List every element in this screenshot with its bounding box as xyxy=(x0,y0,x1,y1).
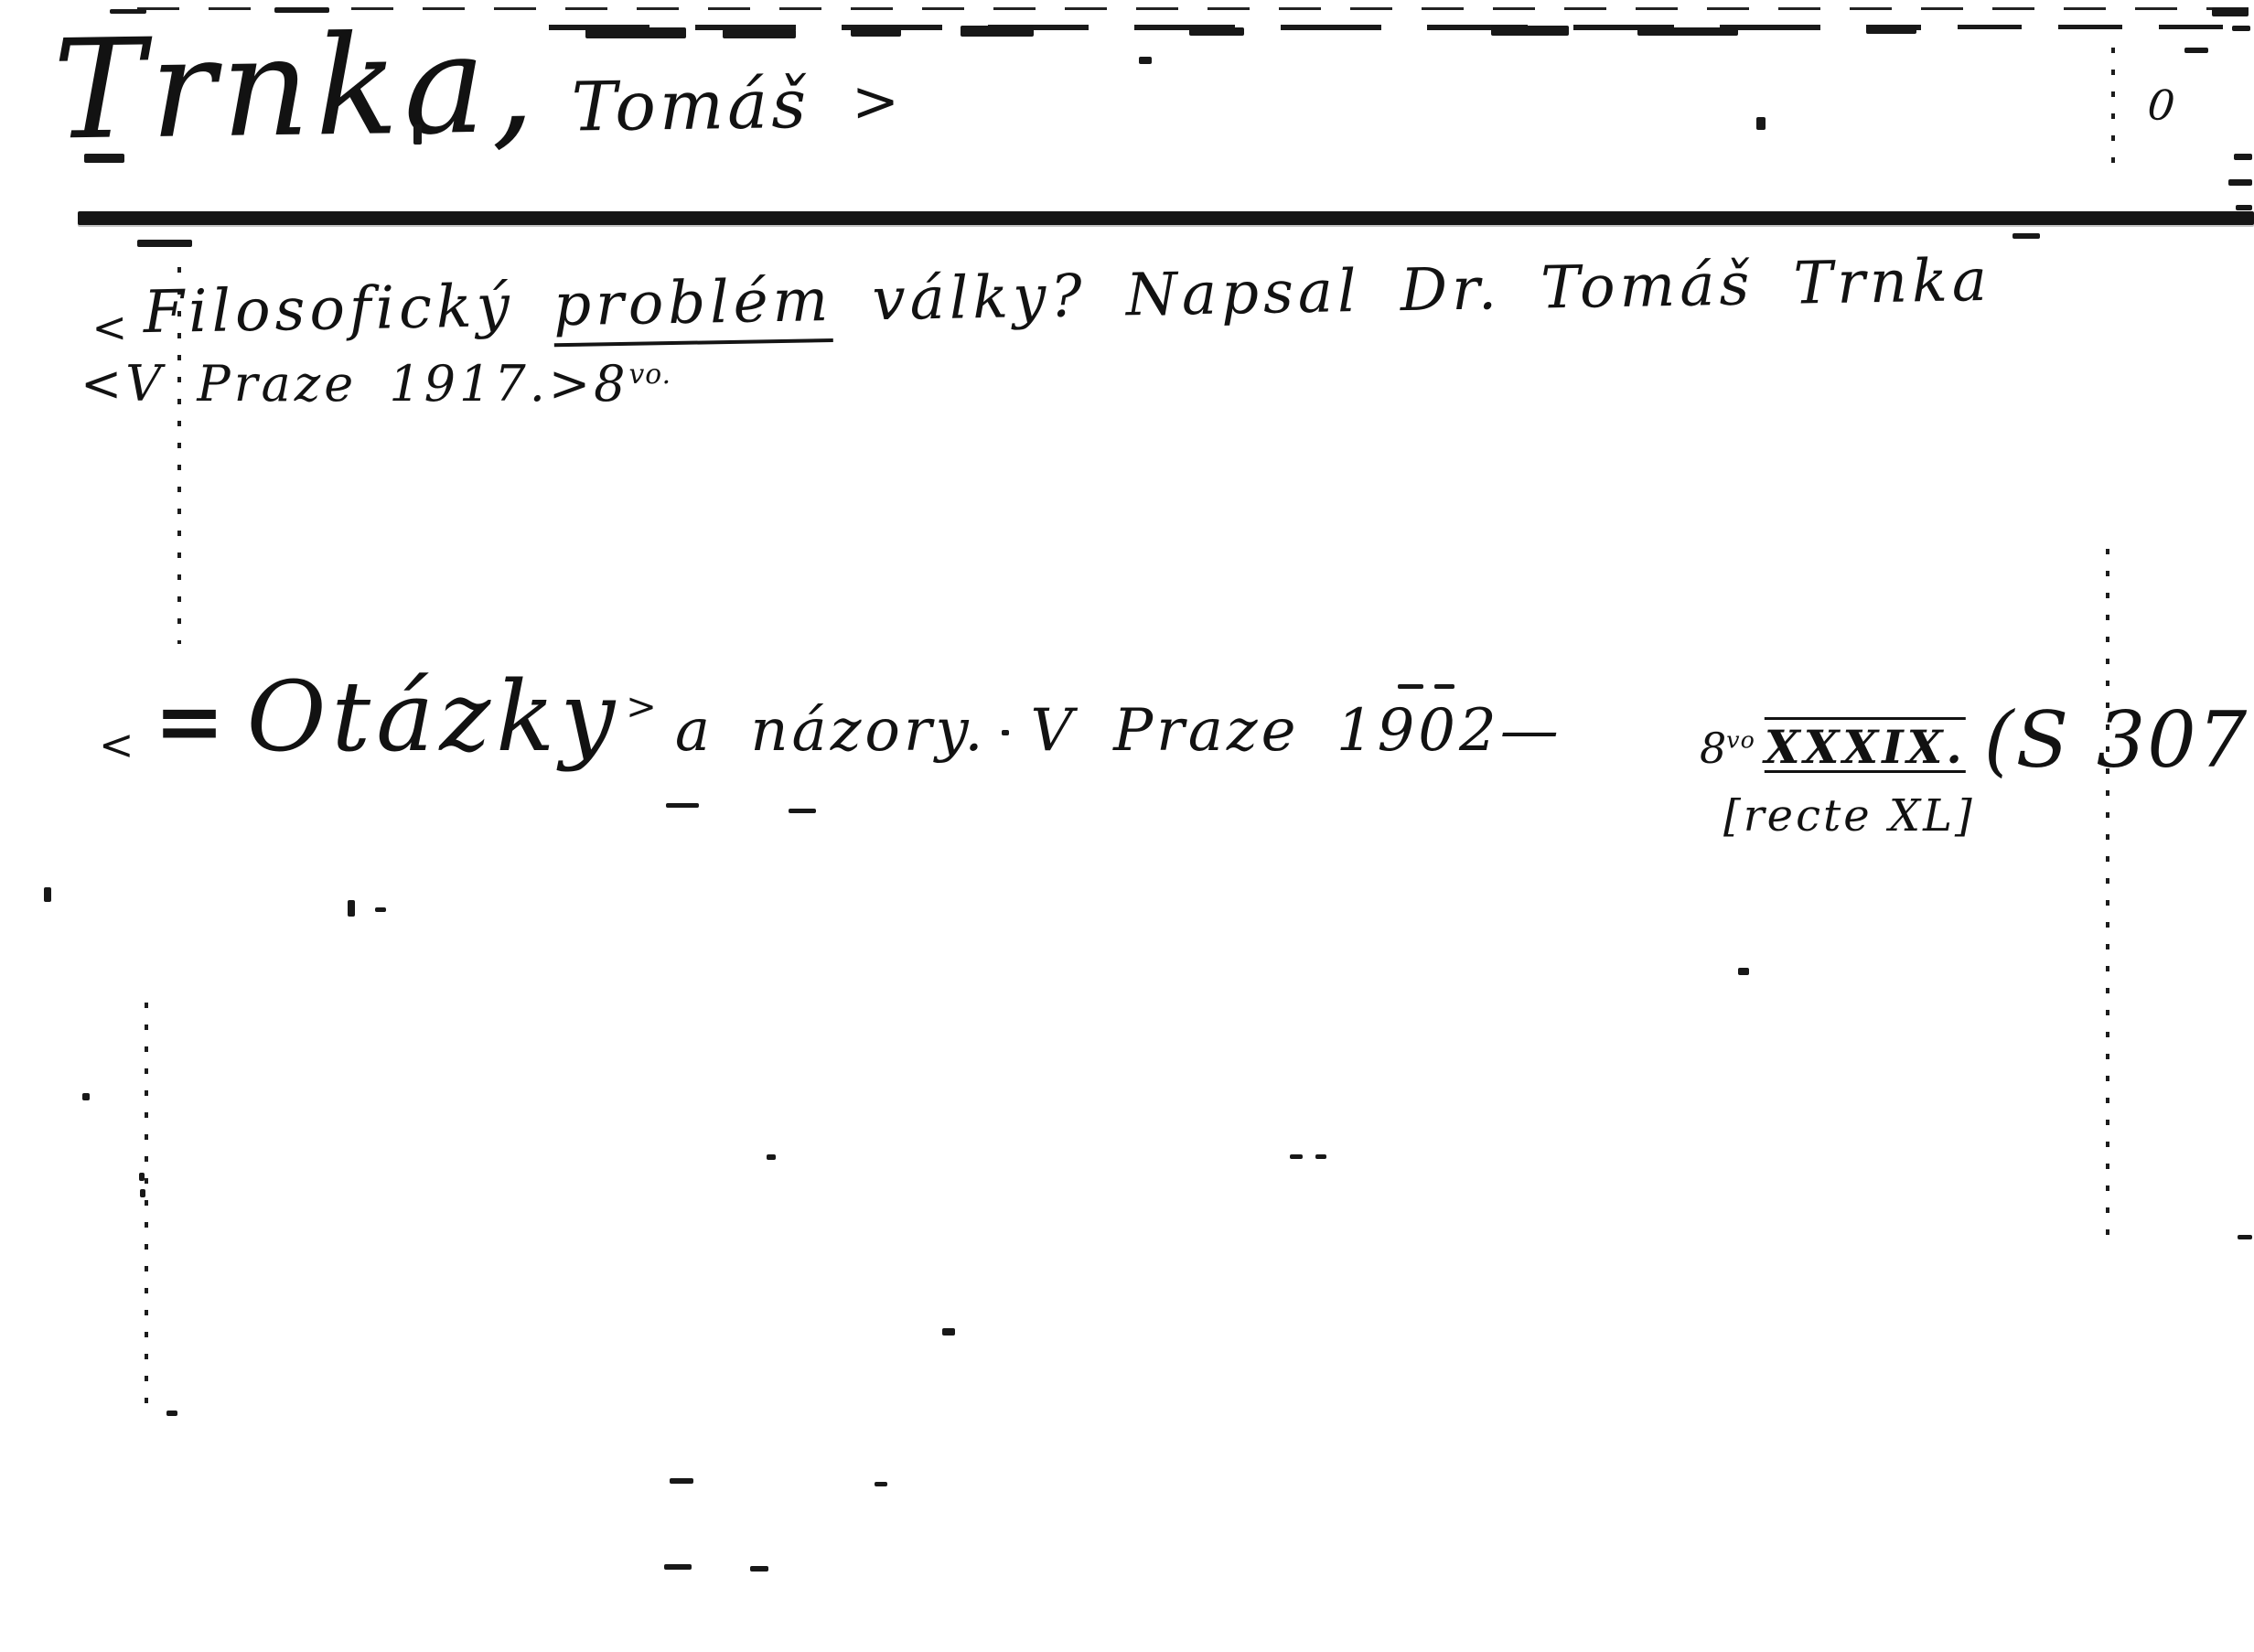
scan-noise-speck xyxy=(942,1328,955,1336)
scan-noise-speck xyxy=(413,124,422,145)
scan-noise-speck xyxy=(1189,27,1244,36)
right-dotted-line-lower xyxy=(2106,549,2109,1246)
scan-noise-speck xyxy=(1756,117,1766,130)
scan-noise-speck xyxy=(140,1189,145,1197)
scan-noise-speck xyxy=(82,1093,90,1100)
scan-noise-speck xyxy=(1315,1154,1326,1159)
heading-rule xyxy=(78,211,2254,225)
entry2-margin-insert-mark: < xyxy=(99,720,134,769)
reference-line: 8vo XXXIX. (S 307.) xyxy=(1700,692,2254,781)
reference-format-number: 8 xyxy=(1700,724,1726,773)
catalog-card: Trnka, Tomáš > 0 < Filosofický problém v… xyxy=(0,0,2254,1652)
entry1-title-underlined-word: problém xyxy=(553,267,833,347)
entry1-title-post: války? Napsal Dr. Tomáš Trnka xyxy=(832,247,1992,335)
scan-noise-speck xyxy=(139,1173,145,1181)
entry1-imprint-line: <V Praze 1917.>8vo. xyxy=(80,355,1991,413)
heading-surname: Trnka, xyxy=(52,16,541,159)
scan-noise-speck xyxy=(348,900,355,917)
entry-1: < Filosofický problém války? Napsal Dr. … xyxy=(91,263,1991,413)
scan-noise-speck xyxy=(1866,26,1916,34)
scan-noise-speck xyxy=(274,7,329,13)
scan-noise-speck xyxy=(137,240,192,247)
scan-noise-speck xyxy=(2234,154,2252,160)
scan-noise-speck xyxy=(110,9,146,14)
scan-noise-speck xyxy=(961,26,1034,37)
entry1-title-pre: Filosofický xyxy=(143,272,554,347)
scan-noise-speck xyxy=(375,907,386,912)
scan-noise-speck xyxy=(750,1566,768,1572)
left-dotted-line-lower xyxy=(145,1003,148,1416)
entry2-subtitle: a názory. xyxy=(675,697,987,765)
reference-format: 8vo xyxy=(1700,724,1755,773)
scan-noise-speck xyxy=(84,154,124,163)
reference-format-superscript: vo xyxy=(1726,727,1755,754)
scan-noise-speck xyxy=(2212,7,2249,16)
top-scan-line-right xyxy=(1958,25,2254,29)
scan-noise-speck xyxy=(666,803,699,808)
scan-noise-speck xyxy=(166,1411,177,1416)
scan-noise-speck xyxy=(2238,1235,2252,1239)
scan-noise-speck xyxy=(875,1482,887,1486)
scan-noise-speck xyxy=(2012,233,2040,239)
entry1-imprint: V Praze 1917. xyxy=(125,355,549,413)
entry1-imprint-open-mark: < xyxy=(80,355,125,413)
scan-noise-speck xyxy=(851,27,901,37)
entry2-close-mark: > xyxy=(626,686,657,728)
scan-noise-speck xyxy=(664,1564,692,1570)
equals-mark: = xyxy=(155,671,221,770)
scan-noise-speck xyxy=(789,809,816,813)
scan-noise-speck xyxy=(44,887,51,902)
corner-digit: 0 xyxy=(2145,80,2177,132)
reference-block: 8vo XXXIX. (S 307.) [recte XL] xyxy=(1700,692,2254,842)
reference-correction: [recte XL] xyxy=(1723,790,2254,842)
entry1-margin-insert-mark: < xyxy=(91,302,127,352)
scan-noise-speck xyxy=(1290,1154,1303,1159)
scan-noise-speck xyxy=(1491,26,1569,36)
entry1-format-number: 8 xyxy=(594,355,628,413)
scan-noise-speck xyxy=(723,29,796,38)
scan-noise-speck xyxy=(767,1154,776,1160)
scan-noise-speck xyxy=(1002,730,1009,735)
entry1-format-superscript: vo. xyxy=(629,359,672,391)
scan-noise-speck xyxy=(2184,48,2208,53)
reference-signature: (S 307.) xyxy=(1984,695,2254,785)
entry1-imprint-close-mark: > xyxy=(549,355,594,413)
entry-2: < = Otázky > a názory. V Praze 1902— xyxy=(99,660,1562,773)
entry1-title-line: < Filosofický problém války? Napsal Dr. … xyxy=(91,247,1992,348)
scan-noise-speck xyxy=(585,27,686,38)
entry2-title: Otázky xyxy=(247,660,621,773)
scan-noise-speck xyxy=(1738,968,1749,975)
right-dotted-line-upper xyxy=(2111,48,2115,168)
scan-noise-speck xyxy=(1139,57,1152,64)
scan-noise-speck xyxy=(2236,205,2252,210)
reference-volume: XXXIX. xyxy=(1765,720,1966,774)
entry2-imprint: V Praze 1902— xyxy=(1031,697,1562,765)
scan-noise-speck xyxy=(1398,684,1423,689)
scan-noise-speck xyxy=(1637,27,1738,36)
heading-insert-mark: > xyxy=(852,68,900,135)
scan-noise-speck xyxy=(2228,179,2252,186)
scan-noise-speck xyxy=(1434,684,1454,689)
scan-noise-speck xyxy=(670,1478,693,1484)
heading-forename: Tomáš xyxy=(571,65,810,147)
scan-noise-speck xyxy=(2232,26,2250,31)
entry1-title: Filosofický problém války? Napsal Dr. To… xyxy=(143,247,1992,347)
